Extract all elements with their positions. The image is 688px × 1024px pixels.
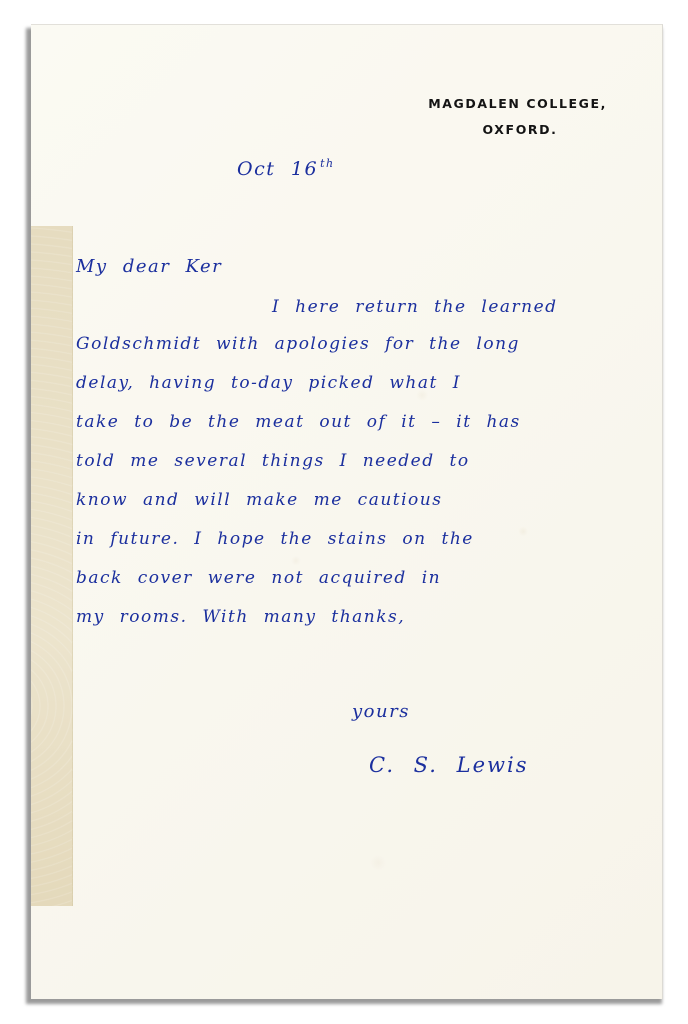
body-line: Goldschmidt with apologies for the long: [76, 334, 520, 354]
body-line: take to be the meat out of it – it has: [76, 412, 521, 432]
body-line: in future. I hope the stains on the: [76, 529, 474, 549]
closing: yours: [352, 701, 410, 722]
body-line: know and will make me cautious: [76, 490, 442, 510]
body-line: back cover were not acquired in: [76, 568, 441, 588]
date-text: Oct 16: [237, 158, 318, 180]
body-line: delay, having to-day picked what I: [76, 373, 461, 393]
body-line: told me several things I needed to: [76, 451, 470, 471]
letter-sheet: MAGDALEN COLLEGE, OXFORD. Oct 16th My de…: [31, 24, 663, 999]
body-line: I here return the learned: [272, 297, 558, 317]
salutation: My dear Ker: [76, 256, 222, 277]
letter-date: Oct 16th: [237, 157, 335, 180]
letterhead-college: MAGDALEN COLLEGE,: [375, 91, 615, 117]
signature: C. S. Lewis: [369, 753, 529, 777]
letterhead-city: OXFORD.: [375, 117, 615, 143]
letterhead: MAGDALEN COLLEGE, OXFORD.: [375, 91, 615, 143]
body-line: my rooms. With many thanks,: [76, 607, 405, 627]
left-edge-stain: [31, 226, 73, 906]
date-suffix: th: [320, 157, 335, 170]
